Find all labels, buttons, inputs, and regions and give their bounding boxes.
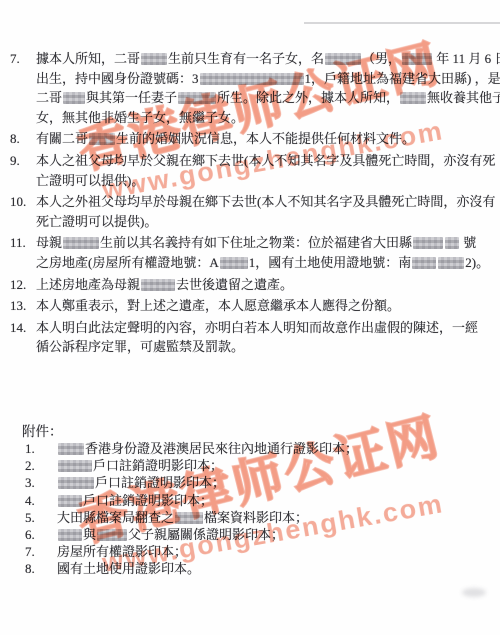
redacted-text	[412, 257, 436, 269]
redacted-text	[178, 92, 216, 104]
statement-number: 12.	[10, 275, 36, 295]
statement-line: 據本人所知，二哥生前只生育有一名子女，名（男， 年 11 月 6 日	[36, 49, 500, 69]
statement-number: 9.	[10, 151, 36, 190]
statement-number: 10.	[10, 192, 36, 231]
statement-text: 本人鄭重表示，對上述之遺產，本人愿意繼承本人應得之份額。	[36, 296, 494, 316]
redacted-text	[97, 529, 127, 541]
statement-number: 14.	[10, 318, 36, 357]
statement-line: 有關二哥生前的婚姻狀況信息，本人不能提供任何材料文件。	[36, 129, 494, 149]
statement-number: 7.	[10, 49, 36, 127]
attachment-item: 2.戶口註銷證明影印本；	[25, 457, 495, 474]
statement-item: 13.本人鄭重表示，對上述之遺產，本人愿意繼承本人應得之份額。	[10, 296, 494, 316]
statement-line: 本人之祖父母均早於父親在鄉下去世(本人不知其名字及具體死亡時間，亦沒有死	[36, 151, 495, 171]
statement-item: 11.母親生前以其名義持有如下住址之物業：位於福建省大田縣 號之房地產(房屋所有…	[10, 233, 494, 272]
redacted-text	[438, 257, 464, 269]
attachment-number: 5.	[25, 509, 57, 526]
attachments-title: 附件：	[22, 420, 63, 440]
statement-line: 亡證明可以提供)。	[36, 171, 495, 191]
attachment-text: 戶口註銷證明影印本；	[57, 474, 495, 491]
attachment-number: 7.	[25, 543, 57, 560]
statement-text: 據本人所知，二哥生前只生育有一名子女，名（男， 年 11 月 6 日出生，持中國…	[36, 49, 500, 127]
attachment-text: 與父子親屬關係證明影印本；	[57, 526, 495, 543]
attachment-text: 房屋所有權證影印本；	[57, 543, 495, 560]
statement-item: 14.本人明白此法定聲明的內容，亦明白若本人明知而故意作出虛假的陳述，一經循公訴…	[10, 318, 494, 357]
redacted-text	[402, 53, 432, 65]
statement-text: 本人之祖父母均早於父親在鄉下去世(本人不知其名字及具體死亡時間，亦沒有死亡證明可…	[36, 151, 495, 190]
statement-text: 上述房地產為母親去世後遺留之遺產。	[36, 275, 494, 295]
redacted-text	[445, 237, 459, 249]
redacted-text	[200, 73, 304, 85]
redacted-text	[141, 279, 175, 291]
attachment-text: 戶口註銷證明影印本；	[57, 457, 495, 474]
attachment-text: 國有土地使用證影印本。	[57, 560, 495, 577]
redacted-text	[63, 237, 99, 249]
attachment-item: 5.大田縣檔案局翻查之檔案資料影印本；	[25, 509, 495, 526]
statement-line: 本人之外祖父母均早於母親在鄉下去世(本人不知其名字及具體死亡時間，亦沒有	[36, 192, 495, 212]
attachment-number: 1.	[25, 440, 57, 457]
statement-item: 10.本人之外祖父母均早於母親在鄉下去世(本人不知其名字及具體死亡時間，亦沒有死…	[10, 192, 494, 231]
redacted-text	[413, 237, 443, 249]
statement-item: 9.本人之祖父母均早於父親在鄉下去世(本人不知其名字及具體死亡時間，亦沒有死亡證…	[10, 151, 494, 190]
attachment-number: 4.	[25, 492, 57, 509]
statement-line: 本人鄭重表示，對上述之遺產，本人愿意繼承本人應得之份額。	[36, 296, 494, 316]
redacted-text	[58, 495, 82, 507]
statement-text: 有關二哥生前的婚姻狀況信息，本人不能提供任何材料文件。	[36, 129, 494, 149]
attachment-item: 7.房屋所有權證影印本；	[25, 543, 495, 560]
statement-list: 7.據本人所知，二哥生前只生育有一名子女，名（男， 年 11 月 6 日出生，持…	[10, 49, 494, 359]
statement-line: 循公訴程序定罪，可處監禁及罰款。	[36, 337, 494, 357]
statement-item: 7.據本人所知，二哥生前只生育有一名子女，名（男， 年 11 月 6 日出生，持…	[10, 49, 494, 127]
attachment-text: 大田縣檔案局翻查之檔案資料影印本；	[57, 509, 495, 526]
redacted-text	[175, 512, 203, 524]
attachment-list: 1.香港身份證及港澳居民來往內地通行證影印本；2.戶口註銷證明影印本；3.戶口註…	[25, 440, 495, 578]
statement-item: 8.有關二哥生前的婚姻狀況信息，本人不能提供任何材料文件。	[10, 129, 494, 149]
attachment-item: 1.香港身份證及港澳居民來往內地通行證影印本；	[25, 440, 495, 457]
attachment-text: 戶口註銷證明影印本；	[57, 492, 495, 509]
attachment-item: 8.國有土地使用證影印本。	[25, 560, 495, 577]
statement-line: 之房地產(房屋所有權證地號：A1，國有土地使用證地號：南2)。	[36, 253, 494, 273]
attachment-item: 6.與父子親屬關係證明影印本；	[25, 526, 495, 543]
redacted-text	[58, 460, 92, 472]
statement-line: 二哥與其第一任妻子所生。除此之外，據本人所知，無收養其他子	[36, 88, 500, 108]
statement-line: 出生，持中國身份證號碼：31，戶籍地址為福建省大田縣) ，是	[36, 69, 500, 89]
statement-line: 女，無其他非婚生子女，無繼子女。	[36, 108, 500, 128]
attachment-number: 3.	[25, 474, 57, 491]
redacted-text	[63, 92, 85, 104]
statement-line: 死亡證明可以提供)。	[36, 212, 495, 232]
scan-artifact-line	[304, 22, 500, 24]
redacted-text	[89, 133, 115, 145]
statement-number: 8.	[10, 129, 36, 149]
redacted-text	[400, 92, 426, 104]
redacted-text	[58, 477, 94, 489]
attachment-item: 3.戶口註銷證明影印本；	[25, 474, 495, 491]
statement-text: 母親生前以其名義持有如下住址之物業：位於福建省大田縣 號之房地產(房屋所有權證地…	[36, 233, 494, 272]
statement-item: 12.上述房地產為母親去世後遺留之遺產。	[10, 275, 494, 295]
redacted-text	[141, 53, 167, 65]
statement-line: 上述房地產為母親去世後遺留之遺產。	[36, 275, 494, 295]
redacted-text	[220, 257, 248, 269]
statement-line: 本人明白此法定聲明的內容，亦明白若本人明知而故意作出虛假的陳述，一經	[36, 318, 494, 338]
attachment-text: 香港身份證及港澳居民來往內地通行證影印本；	[57, 440, 495, 457]
redacted-text	[58, 443, 84, 455]
attachment-number: 6.	[25, 526, 57, 543]
redacted-text	[325, 53, 361, 65]
attachment-number: 2.	[25, 457, 57, 474]
attachment-number: 8.	[25, 560, 57, 577]
statement-number: 13.	[10, 296, 36, 316]
statement-line: 母親生前以其名義持有如下住址之物業：位於福建省大田縣 號	[36, 233, 494, 253]
scan-artifact-smudge	[462, 588, 486, 597]
redacted-text	[58, 529, 82, 541]
scanned-document-page: 7.據本人所知，二哥生前只生育有一名子女，名（男， 年 11 月 6 日出生，持…	[0, 0, 500, 635]
statement-text: 本人之外祖父母均早於母親在鄉下去世(本人不知其名字及具體死亡時間，亦沒有死亡證明…	[36, 192, 495, 231]
statement-number: 11.	[10, 233, 36, 272]
attachment-item: 4.戶口註銷證明影印本；	[25, 492, 495, 509]
statement-text: 本人明白此法定聲明的內容，亦明白若本人明知而故意作出虛假的陳述，一經循公訴程序定…	[36, 318, 494, 357]
